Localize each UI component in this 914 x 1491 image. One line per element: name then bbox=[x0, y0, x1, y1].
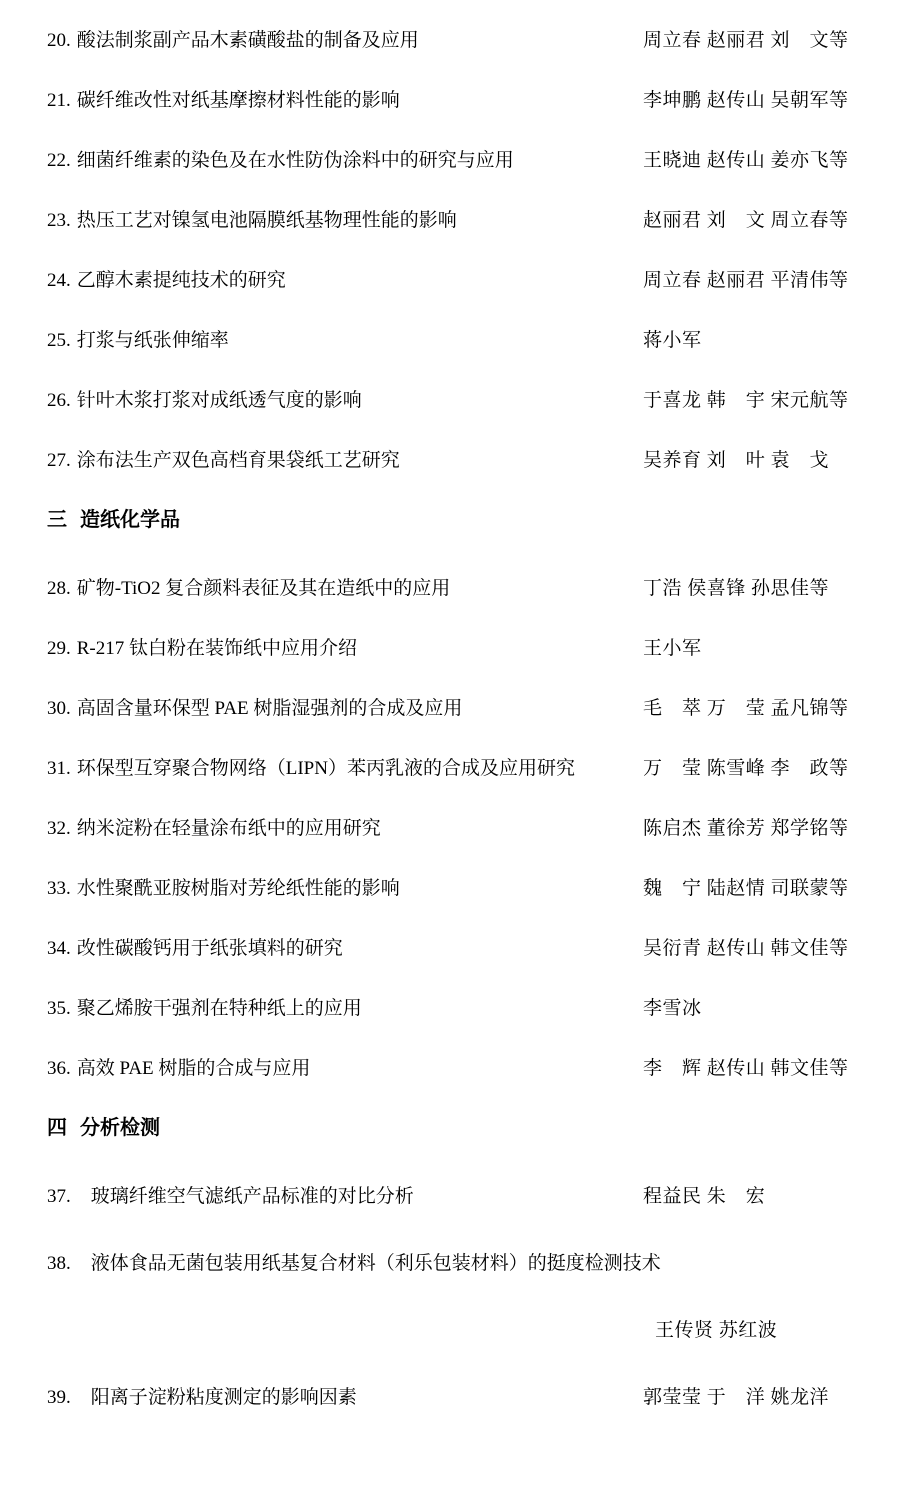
entry-title: 液体食品无菌包装用纸基复合材料（利乐包装材料）的挺度检测技术 bbox=[91, 1253, 661, 1274]
toc-list: 20.酸法制浆副产品木素磺酸盐的制备及应用 周立春 赵丽君 刘 文等 21.碳纤… bbox=[47, 29, 890, 1409]
entry-number: 33. bbox=[47, 877, 71, 900]
entry-authors: 于喜龙 韩 宇 宋元航等 bbox=[643, 389, 849, 412]
entry-title: R-217 钛白粉在装饰纸中应用介绍 bbox=[77, 638, 357, 659]
toc-row: 26.针叶木浆打浆对成纸透气度的影响 于喜龙 韩 宇 宋元航等 bbox=[47, 389, 890, 412]
entry-title-cell: 37.玻璃纤维空气滤纸产品标准的对比分析 bbox=[47, 1185, 643, 1208]
entry-number: 30. bbox=[47, 697, 71, 720]
entry-number: 38. bbox=[47, 1252, 71, 1275]
entry-title-cell: 23.热压工艺对镍氢电池隔膜纸基物理性能的影响 bbox=[47, 209, 643, 232]
entry-number: 39. bbox=[47, 1386, 71, 1409]
entry-authors: 王传贤 苏红波 bbox=[655, 1319, 777, 1342]
entry-authors: 李雪冰 bbox=[643, 997, 702, 1020]
entry-number: 34. bbox=[47, 937, 71, 960]
entry-title: 乙醇木素提纯技术的研究 bbox=[77, 270, 286, 291]
entry-title-cell: 26.针叶木浆打浆对成纸透气度的影响 bbox=[47, 389, 643, 412]
entry-title-cell: 36.高效 PAE 树脂的合成与应用 bbox=[47, 1057, 643, 1080]
entry-title-cell: 32.纳米淀粉在轻量涂布纸中的应用研究 bbox=[47, 817, 643, 840]
entry-authors: 王小军 bbox=[643, 637, 702, 660]
entry-title: 改性碳酸钙用于纸张填料的研究 bbox=[77, 938, 343, 959]
entry-title-cell: 30.高固含量环保型 PAE 树脂湿强剂的合成及应用 bbox=[47, 697, 643, 720]
entry-title-cell: 22.细菌纤维素的染色及在水性防伪涂料中的研究与应用 bbox=[47, 149, 643, 172]
entry-number: 24. bbox=[47, 269, 71, 292]
toc-row: 29.R-217 钛白粉在装饰纸中应用介绍 王小军 bbox=[47, 637, 890, 660]
entry-title: 矿物-TiO2 复合颜料表征及其在造纸中的应用 bbox=[77, 578, 451, 599]
toc-row: 24.乙醇木素提纯技术的研究 周立春 赵丽君 平清伟等 bbox=[47, 269, 890, 292]
entry-title: 酸法制浆副产品木素磺酸盐的制备及应用 bbox=[77, 30, 419, 51]
toc-page: 20.酸法制浆副产品木素磺酸盐的制备及应用 周立春 赵丽君 刘 文等 21.碳纤… bbox=[0, 0, 914, 1491]
entry-title-cell bbox=[47, 1319, 655, 1342]
entry-number: 28. bbox=[47, 577, 71, 600]
entry-authors: 魏 宁 陆赵情 司联蒙等 bbox=[643, 877, 849, 900]
entry-title-cell: 29.R-217 钛白粉在装饰纸中应用介绍 bbox=[47, 637, 643, 660]
toc-row: 36.高效 PAE 树脂的合成与应用 李 辉 赵传山 韩文佳等 bbox=[47, 1057, 890, 1080]
entry-authors: 王晓迪 赵传山 姜亦飞等 bbox=[643, 149, 849, 172]
section-header: 四 分析检测 bbox=[47, 1117, 890, 1140]
entry-title-cell: 20.酸法制浆副产品木素磺酸盐的制备及应用 bbox=[47, 29, 643, 52]
section-header: 三 造纸化学品 bbox=[47, 509, 890, 532]
entry-title: 聚乙烯胺干强剂在特种纸上的应用 bbox=[77, 998, 362, 1019]
entry-title: 涂布法生产双色高档育果袋纸工艺研究 bbox=[77, 450, 400, 471]
entry-title: 碳纤维改性对纸基摩擦材料性能的影响 bbox=[77, 90, 400, 111]
entry-title-cell: 21.碳纤维改性对纸基摩擦材料性能的影响 bbox=[47, 89, 643, 112]
entry-number: 20. bbox=[47, 29, 71, 52]
entry-title-cell: 34.改性碳酸钙用于纸张填料的研究 bbox=[47, 937, 643, 960]
entry-title: 纳米淀粉在轻量涂布纸中的应用研究 bbox=[77, 818, 381, 839]
toc-row: 32.纳米淀粉在轻量涂布纸中的应用研究 陈启杰 董徐芳 郑学铭等 bbox=[47, 817, 890, 840]
toc-row: 39.阳离子淀粉粘度测定的影响因素 郭莹莹 于 洋 姚龙洋 bbox=[47, 1386, 890, 1409]
entry-number: 32. bbox=[47, 817, 71, 840]
entry-title: 高效 PAE 树脂的合成与应用 bbox=[77, 1058, 311, 1079]
entry-number: 21. bbox=[47, 89, 71, 112]
toc-row: 22.细菌纤维素的染色及在水性防伪涂料中的研究与应用 王晓迪 赵传山 姜亦飞等 bbox=[47, 149, 890, 172]
entry-authors: 蒋小军 bbox=[643, 329, 702, 352]
toc-row: 21.碳纤维改性对纸基摩擦材料性能的影响 李坤鹏 赵传山 吴朝军等 bbox=[47, 89, 890, 112]
entry-title: 细菌纤维素的染色及在水性防伪涂料中的研究与应用 bbox=[77, 150, 514, 171]
entry-title-cell: 27.涂布法生产双色高档育果袋纸工艺研究 bbox=[47, 449, 643, 472]
toc-row: 23.热压工艺对镍氢电池隔膜纸基物理性能的影响 赵丽君 刘 文 周立春等 bbox=[47, 209, 890, 232]
section-title: 造纸化学品 bbox=[80, 509, 180, 532]
entry-number: 31. bbox=[47, 757, 71, 780]
entry-title-cell: 31.环保型互穿聚合物网络（LIPN）苯丙乳液的合成及应用研究 bbox=[47, 757, 643, 780]
entry-authors: 吴衍青 赵传山 韩文佳等 bbox=[643, 937, 849, 960]
entry-number: 27. bbox=[47, 449, 71, 472]
entry-title: 打浆与纸张伸缩率 bbox=[77, 330, 229, 351]
toc-row: 34.改性碳酸钙用于纸张填料的研究 吴衍青 赵传山 韩文佳等 bbox=[47, 937, 890, 960]
entry-authors: 周立春 赵丽君 平清伟等 bbox=[643, 269, 849, 292]
entry-title-cell: 39.阳离子淀粉粘度测定的影响因素 bbox=[47, 1386, 643, 1409]
toc-row: 28.矿物-TiO2 复合颜料表征及其在造纸中的应用 丁浩 侯喜锋 孙思佳等 bbox=[47, 577, 890, 600]
entry-title-cell: 25.打浆与纸张伸缩率 bbox=[47, 329, 643, 352]
toc-row: 35.聚乙烯胺干强剂在特种纸上的应用 李雪冰 bbox=[47, 997, 890, 1020]
entry-title-cell: 33.水性聚酰亚胺树脂对芳纶纸性能的影响 bbox=[47, 877, 643, 900]
entry-title: 水性聚酰亚胺树脂对芳纶纸性能的影响 bbox=[77, 878, 400, 899]
entry-title: 针叶木浆打浆对成纸透气度的影响 bbox=[77, 390, 362, 411]
entry-number: 25. bbox=[47, 329, 71, 352]
toc-row: 20.酸法制浆副产品木素磺酸盐的制备及应用 周立春 赵丽君 刘 文等 bbox=[47, 29, 890, 52]
entry-authors: 毛 萃 万 莹 孟凡锦等 bbox=[643, 697, 849, 720]
entry-authors: 程益民 朱 宏 bbox=[643, 1185, 765, 1208]
entry-title-cell: 38.液体食品无菌包装用纸基复合材料（利乐包装材料）的挺度检测技术 bbox=[47, 1252, 661, 1275]
toc-row: 25.打浆与纸张伸缩率 蒋小军 bbox=[47, 329, 890, 352]
entry-title-cell: 24.乙醇木素提纯技术的研究 bbox=[47, 269, 643, 292]
entry-authors: 李坤鹏 赵传山 吴朝军等 bbox=[643, 89, 849, 112]
entry-number: 26. bbox=[47, 389, 71, 412]
entry-authors: 丁浩 侯喜锋 孙思佳等 bbox=[643, 577, 829, 600]
entry-number: 37. bbox=[47, 1185, 71, 1208]
entry-number: 35. bbox=[47, 997, 71, 1020]
toc-row: 33.水性聚酰亚胺树脂对芳纶纸性能的影响 魏 宁 陆赵情 司联蒙等 bbox=[47, 877, 890, 900]
section-number: 三 bbox=[47, 509, 67, 532]
entry-number: 36. bbox=[47, 1057, 71, 1080]
entry-title: 玻璃纤维空气滤纸产品标准的对比分析 bbox=[91, 1186, 414, 1207]
entry-authors: 陈启杰 董徐芳 郑学铭等 bbox=[643, 817, 849, 840]
toc-row: 王传贤 苏红波 bbox=[47, 1319, 890, 1342]
entry-number: 29. bbox=[47, 637, 71, 660]
entry-title: 高固含量环保型 PAE 树脂湿强剂的合成及应用 bbox=[77, 698, 463, 719]
entry-authors: 万 莹 陈雪峰 李 政等 bbox=[643, 757, 849, 780]
toc-row: 31.环保型互穿聚合物网络（LIPN）苯丙乳液的合成及应用研究 万 莹 陈雪峰 … bbox=[47, 757, 890, 780]
entry-title-cell: 28.矿物-TiO2 复合颜料表征及其在造纸中的应用 bbox=[47, 577, 643, 600]
entry-authors: 吴养育 刘 叶 袁 戈 bbox=[643, 449, 829, 472]
toc-row: 38.液体食品无菌包装用纸基复合材料（利乐包装材料）的挺度检测技术 bbox=[47, 1252, 890, 1275]
entry-title-cell: 35.聚乙烯胺干强剂在特种纸上的应用 bbox=[47, 997, 643, 1020]
entry-number: 23. bbox=[47, 209, 71, 232]
entry-authors: 赵丽君 刘 文 周立春等 bbox=[643, 209, 849, 232]
entry-number: 22. bbox=[47, 149, 71, 172]
entry-title: 阳离子淀粉粘度测定的影响因素 bbox=[91, 1387, 357, 1408]
toc-row: 27.涂布法生产双色高档育果袋纸工艺研究 吴养育 刘 叶 袁 戈 bbox=[47, 449, 890, 472]
toc-row: 37.玻璃纤维空气滤纸产品标准的对比分析 程益民 朱 宏 bbox=[47, 1185, 890, 1208]
section-title: 分析检测 bbox=[80, 1117, 160, 1140]
entry-title: 热压工艺对镍氢电池隔膜纸基物理性能的影响 bbox=[77, 210, 457, 231]
entry-title: 环保型互穿聚合物网络（LIPN）苯丙乳液的合成及应用研究 bbox=[77, 758, 575, 779]
entry-authors: 周立春 赵丽君 刘 文等 bbox=[643, 29, 849, 52]
toc-row: 30.高固含量环保型 PAE 树脂湿强剂的合成及应用 毛 萃 万 莹 孟凡锦等 bbox=[47, 697, 890, 720]
entry-authors: 李 辉 赵传山 韩文佳等 bbox=[643, 1057, 849, 1080]
entry-authors: 郭莹莹 于 洋 姚龙洋 bbox=[643, 1386, 829, 1409]
section-number: 四 bbox=[47, 1117, 67, 1140]
